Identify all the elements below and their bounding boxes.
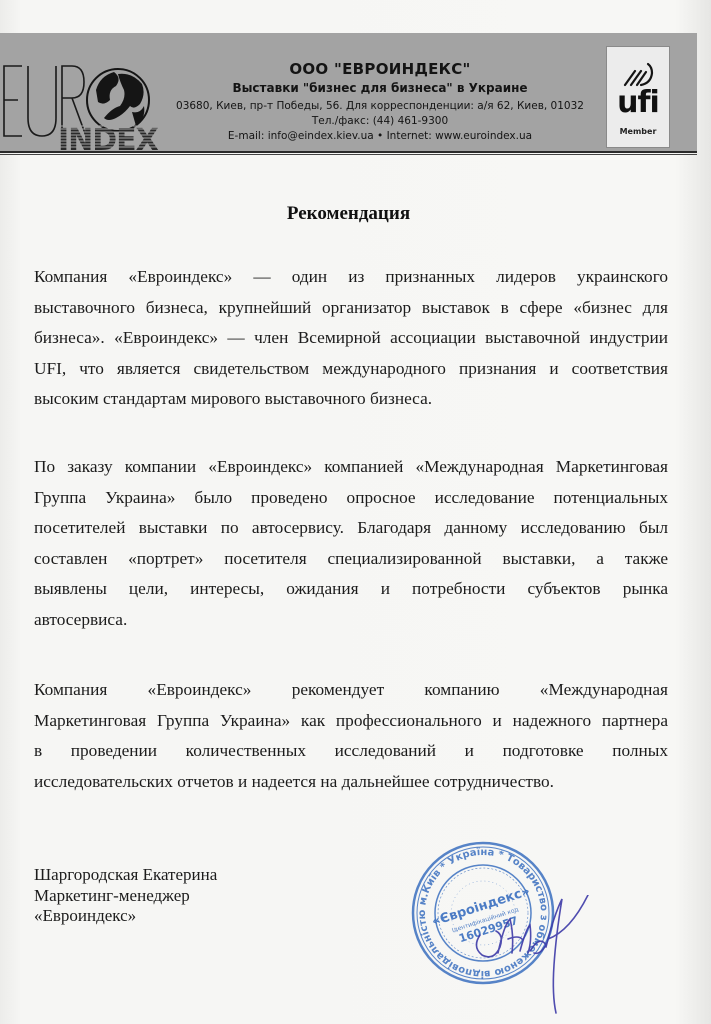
- paragraph-line: составлен «портрет» посетителя специализ…: [34, 544, 668, 575]
- paragraph-line: UFI, что является свидетельством междуна…: [34, 354, 668, 385]
- paragraph-line: По заказу компании «Евроиндекс» компание…: [34, 452, 668, 483]
- paragraph-line: Компания «Евроиндекс» рекомендует компан…: [34, 675, 668, 706]
- signatory-company: «Евроиндекс»: [34, 906, 217, 927]
- company-contacts: E-mail: info@eindex.kiev.ua • Internet: …: [170, 129, 590, 144]
- signatory-position: Маркетинг-менеджер: [34, 886, 217, 907]
- company-address: 03680, Киев, пр-т Победы, 56. Для коррес…: [170, 99, 590, 114]
- paragraph-line: выявлены цели, интересы, ожидания и потр…: [34, 574, 668, 605]
- paragraph-line: исследовательских отчетов и надеется на …: [34, 767, 668, 798]
- paragraph-line: Группа Украина» было проведено опросное …: [34, 483, 668, 514]
- handwritten-signature-icon: [470, 895, 590, 1015]
- paragraph-line: автосервиса.: [34, 605, 668, 636]
- euroindex-logo: INDEX: [0, 60, 160, 152]
- paragraph-line: бизнеса». «Евроиндекс» — член Всемирной …: [34, 323, 668, 354]
- paragraph-1: Компания «Евроиндекс» — один из признанн…: [34, 262, 668, 415]
- paragraph-3: Компания «Евроиндекс» рекомендует компан…: [34, 675, 668, 797]
- signature-block: Шаргородская Екатерина Маркетинг-менедже…: [34, 865, 217, 927]
- paragraph-line: посетителей выставки по автосервису. Бла…: [34, 513, 668, 544]
- paragraph-2: По заказу компании «Евроиндекс» компание…: [34, 452, 668, 636]
- paragraph-line: Маркетинговая Группа Украина» как профес…: [34, 706, 668, 737]
- ufi-member-caption: Member: [607, 127, 669, 136]
- paragraph-line: высоким стандартам мирового выставочного…: [34, 384, 668, 415]
- document-title: Рекомендация: [0, 203, 697, 225]
- letterhead-divider-thin: [0, 154, 697, 155]
- ufi-logo-text: ufi: [607, 87, 669, 119]
- paragraph-line: выставочного бизнеса, крупнейший организ…: [34, 293, 668, 324]
- letterhead-company-info: ООО "ЕВРОИНДЕКС" Выставки "бизнес для би…: [170, 60, 590, 144]
- ufi-member-badge: ufi Member: [606, 46, 670, 148]
- company-name: ООО "ЕВРОИНДЕКС": [170, 60, 590, 78]
- globe-icon: INDEX: [0, 60, 160, 152]
- paragraph-line: в проведении количественных исследований…: [34, 736, 668, 767]
- paragraph-line: Компания «Евроиндекс» — один из признанн…: [34, 262, 668, 293]
- signatory-name: Шаргородская Екатерина: [34, 865, 217, 886]
- company-tagline: Выставки "бизнес для бизнеса" в Украине: [170, 80, 590, 96]
- company-phone: Тел./факс: (44) 461-9300: [170, 114, 590, 129]
